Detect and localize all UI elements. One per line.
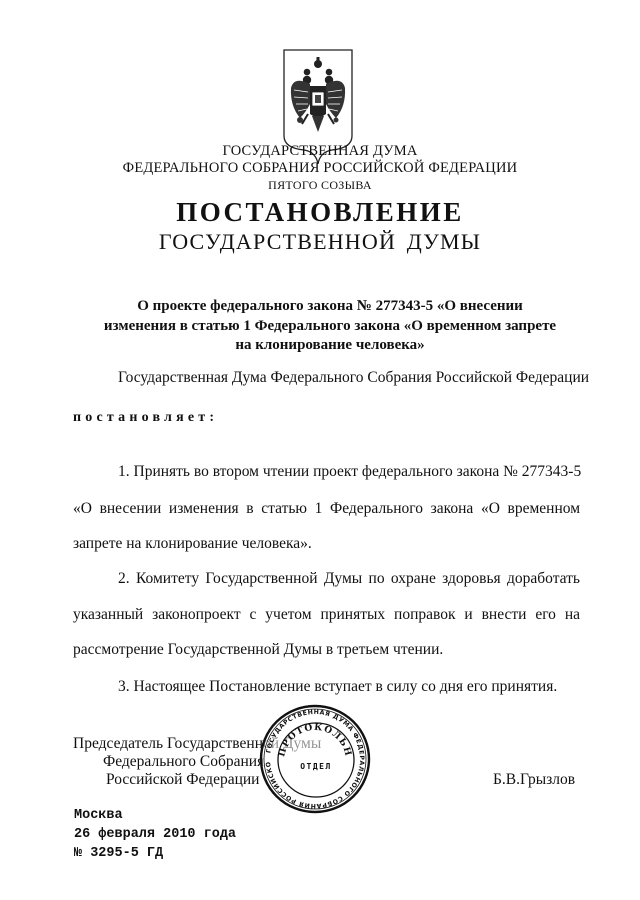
convocation: ПЯТОГО СОЗЫВА <box>0 178 640 193</box>
official-stamp-icon: ГОСУДАРСТВЕННАЯ ДУМА ФЕДЕРАЛЬНОГО СОБРАН… <box>258 703 372 815</box>
subject-line: изменения в статью 1 Федерального закона… <box>80 317 580 337</box>
paragraph-1-line: запрете на клонирование человека». <box>73 535 580 553</box>
paragraph-1-line: 1. Принять во втором чтении проект федер… <box>118 463 580 481</box>
paragraph-2-line: 2. Комитету Государственной Думы по охра… <box>118 570 580 588</box>
subject-line: на клонирование человека» <box>80 336 580 356</box>
document-type-title: ПОСТАНОВЛЕНИЕ <box>0 197 640 228</box>
document-subject: О проекте федерального закона № 277343-5… <box>80 297 580 356</box>
place-of-issue: Москва <box>74 808 123 823</box>
document-page: ГОСУДАРСТВЕННАЯ ДУМА ФЕДЕРАЛЬНОГО СОБРАН… <box>0 0 640 900</box>
signatory-title-line: Российской Федерации <box>106 771 259 789</box>
preamble: Государственная Дума Федерального Собран… <box>118 369 589 387</box>
paragraph-2-line: указанный законопроект с учетом принятых… <box>73 606 580 624</box>
signatory-title-line: Федерального Собрания <box>103 753 264 771</box>
svg-text:ОТДЕЛ: ОТДЕЛ <box>300 762 332 771</box>
subject-line: О проекте федерального закона № 277343-5… <box>80 297 580 317</box>
paragraph-2-line: рассмотрение Государственной Думы в трет… <box>73 641 580 659</box>
org-name-line-1: ГОСУДАРСТВЕННАЯ ДУМА <box>0 143 640 160</box>
registration-number: № 3295-5 ГД <box>74 846 163 861</box>
org-name-line-2: ФЕДЕРАЛЬНОГО СОБРАНИЯ РОССИЙСКОЙ ФЕДЕРАЦ… <box>0 160 640 177</box>
issue-date: 26 февраля 2010 года <box>74 827 236 842</box>
signer-name: Б.В.Грызлов <box>493 771 575 789</box>
paragraph-3-line: 3. Настоящее Постановление вступает в си… <box>118 678 580 696</box>
resolves-word: постановляет: <box>73 410 218 426</box>
document-issuer: ГОСУДАРСТВЕННОЙ ДУМЫ <box>0 229 640 255</box>
paragraph-1-line: «О внесении изменения в статью 1 Федерал… <box>73 500 580 518</box>
